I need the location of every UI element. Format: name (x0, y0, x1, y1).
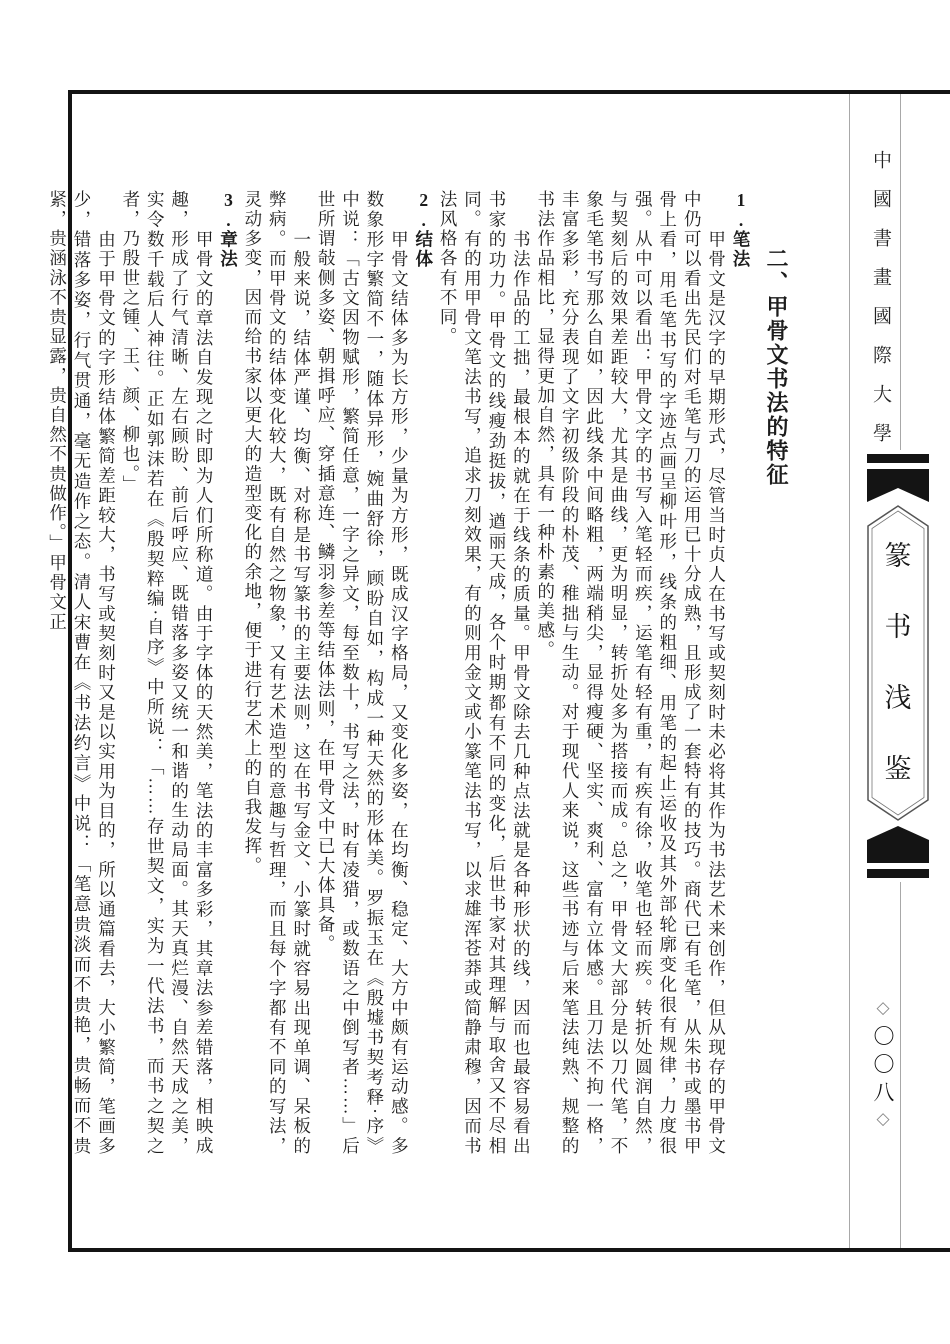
paragraph: 一般来说，结体严谨、均衡、对称是书写篆书的主要法则，这在书写金文、小篆时就容易出… (240, 190, 313, 1156)
page-number-column: ◇〇〇八◇ (858, 998, 898, 1136)
series-title-ribbon: 篆 书 浅 鉴 (864, 450, 932, 882)
article-title: 二、甲骨文书法的特征 (759, 190, 793, 1156)
diamond-ornament-icon: ◇ (874, 998, 893, 1025)
book-page: 中國書畫國際大學 篆 书 浅 鉴 ◇〇〇八◇ 二、甲骨文书法的特征 1.笔法 甲… (0, 0, 950, 1344)
paragraph: 书法作品的工拙，最根本的就在于线条的质量。甲骨文除去几种点法就是各种形状的线，因… (436, 190, 534, 1156)
university-name: 中國書畫國際大學 (858, 150, 894, 462)
series-title-char: 浅 (885, 676, 912, 715)
paragraph: 甲骨文是汉字的早期形式，尽管当时贞人在书写或契刻时未必将其作为书法艺术来创作，但… (533, 190, 728, 1156)
section-heading-label: 笔法 (731, 230, 751, 269)
section-number: 1. (731, 190, 751, 230)
section-heading-composition: 3.章法 (216, 190, 240, 1156)
series-title-char: 篆 (885, 534, 912, 573)
margin-rule-inner (849, 94, 850, 1248)
article-body: 二、甲骨文书法的特征 1.笔法 甲骨文是汉字的早期形式，尽管当时贞人在书写或契刻… (93, 190, 793, 1156)
section-number: 2. (414, 190, 434, 230)
paragraph: 由于甲骨文的字形结体繁简差距较大，书写或契刻时又是以实用为目的，所以通篇看去，大… (45, 190, 118, 1156)
section-heading-label: 章法 (218, 230, 238, 269)
section-number: 3. (218, 190, 238, 230)
page-number: 〇〇八 (871, 1025, 895, 1109)
series-title: 篆 书 浅 鉴 (864, 502, 932, 818)
series-title-char: 鉴 (885, 747, 912, 786)
paragraph: 甲骨文的章法自发现之时即为人们所称道。由于字体的天然美，笔法的丰富多彩，其章法参… (118, 190, 216, 1156)
section-heading-brush-technique: 1.笔法 (729, 190, 753, 1156)
section-heading-structure: 2.结体 (411, 190, 435, 1156)
section-heading-label: 结体 (414, 230, 434, 269)
paragraph: 甲骨文结体多为长方形，少量为方形，既成汉字格局，又变化多姿，在均衡、稳定、大方中… (314, 190, 412, 1156)
diamond-ornament-icon: ◇ (874, 1109, 893, 1136)
series-title-char: 书 (885, 605, 912, 644)
